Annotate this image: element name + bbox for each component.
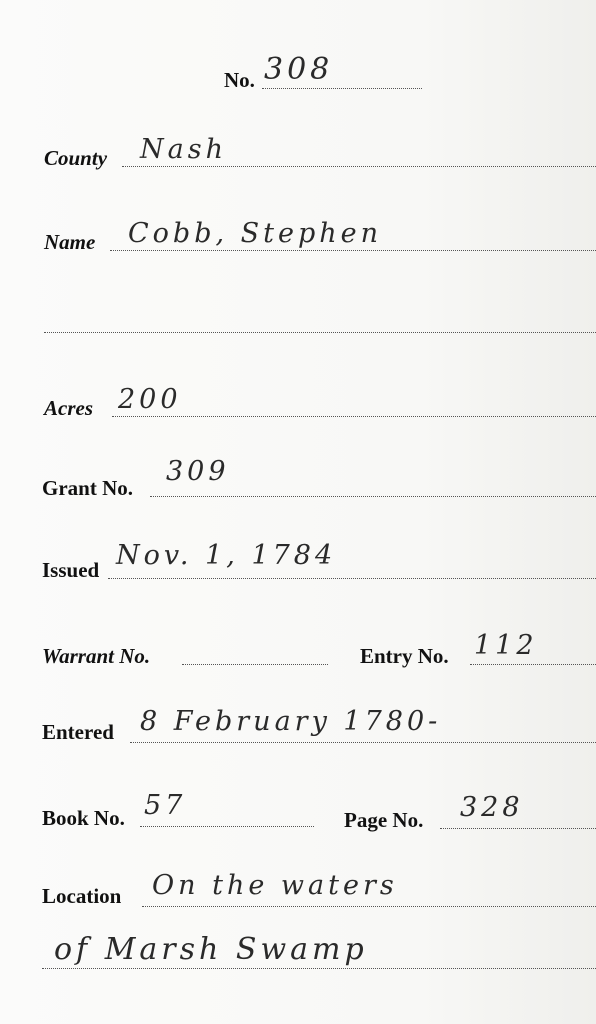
- page-no-label: Page No.: [344, 808, 423, 833]
- location-value-line-2: of Marsh Swamp: [54, 932, 368, 967]
- card-number-value: 308: [264, 52, 333, 87]
- location-line-2: [42, 968, 596, 969]
- grant-no-value: 309: [166, 456, 230, 487]
- location-label: Location: [42, 884, 121, 909]
- name-line: [110, 250, 596, 251]
- page-no-line: [440, 828, 596, 829]
- grant-no-line: [150, 496, 596, 497]
- acres-label: Acres: [44, 396, 93, 421]
- issued-line: [108, 578, 596, 579]
- issued-label: Issued: [42, 558, 99, 583]
- entry-no-value: 112: [474, 630, 538, 661]
- county-label: County: [44, 146, 107, 171]
- blank-line: [44, 332, 596, 333]
- acres-value: 200: [118, 384, 182, 415]
- book-no-value: 57: [144, 790, 186, 821]
- acres-line: [112, 416, 596, 417]
- card-number-label: No.: [224, 68, 255, 93]
- book-no-label: Book No.: [42, 806, 125, 831]
- card-number-line: [262, 88, 422, 89]
- issued-value: Nov. 1, 1784: [116, 540, 336, 571]
- location-value-line-1: On the waters: [152, 870, 398, 901]
- county-line: [122, 166, 596, 167]
- book-no-line: [140, 826, 314, 827]
- name-value: Cobb, Stephen: [128, 218, 382, 249]
- entry-no-label: Entry No.: [360, 644, 449, 669]
- warrant-no-label: Warrant No.: [42, 644, 150, 669]
- entered-line: [130, 742, 596, 743]
- name-label: Name: [44, 230, 95, 255]
- warrant-no-line: [182, 664, 328, 665]
- page-no-value: 328: [460, 792, 524, 823]
- entered-label: Entered: [42, 720, 114, 745]
- entered-value: 8 February 1780-: [140, 706, 441, 737]
- county-value: Nash: [140, 134, 227, 165]
- grant-no-label: Grant No.: [42, 476, 133, 501]
- location-line-1: [142, 906, 596, 907]
- land-grant-index-card: No. 308 County Nash Name Cobb, Stephen A…: [0, 0, 596, 1024]
- entry-no-line: [470, 664, 596, 665]
